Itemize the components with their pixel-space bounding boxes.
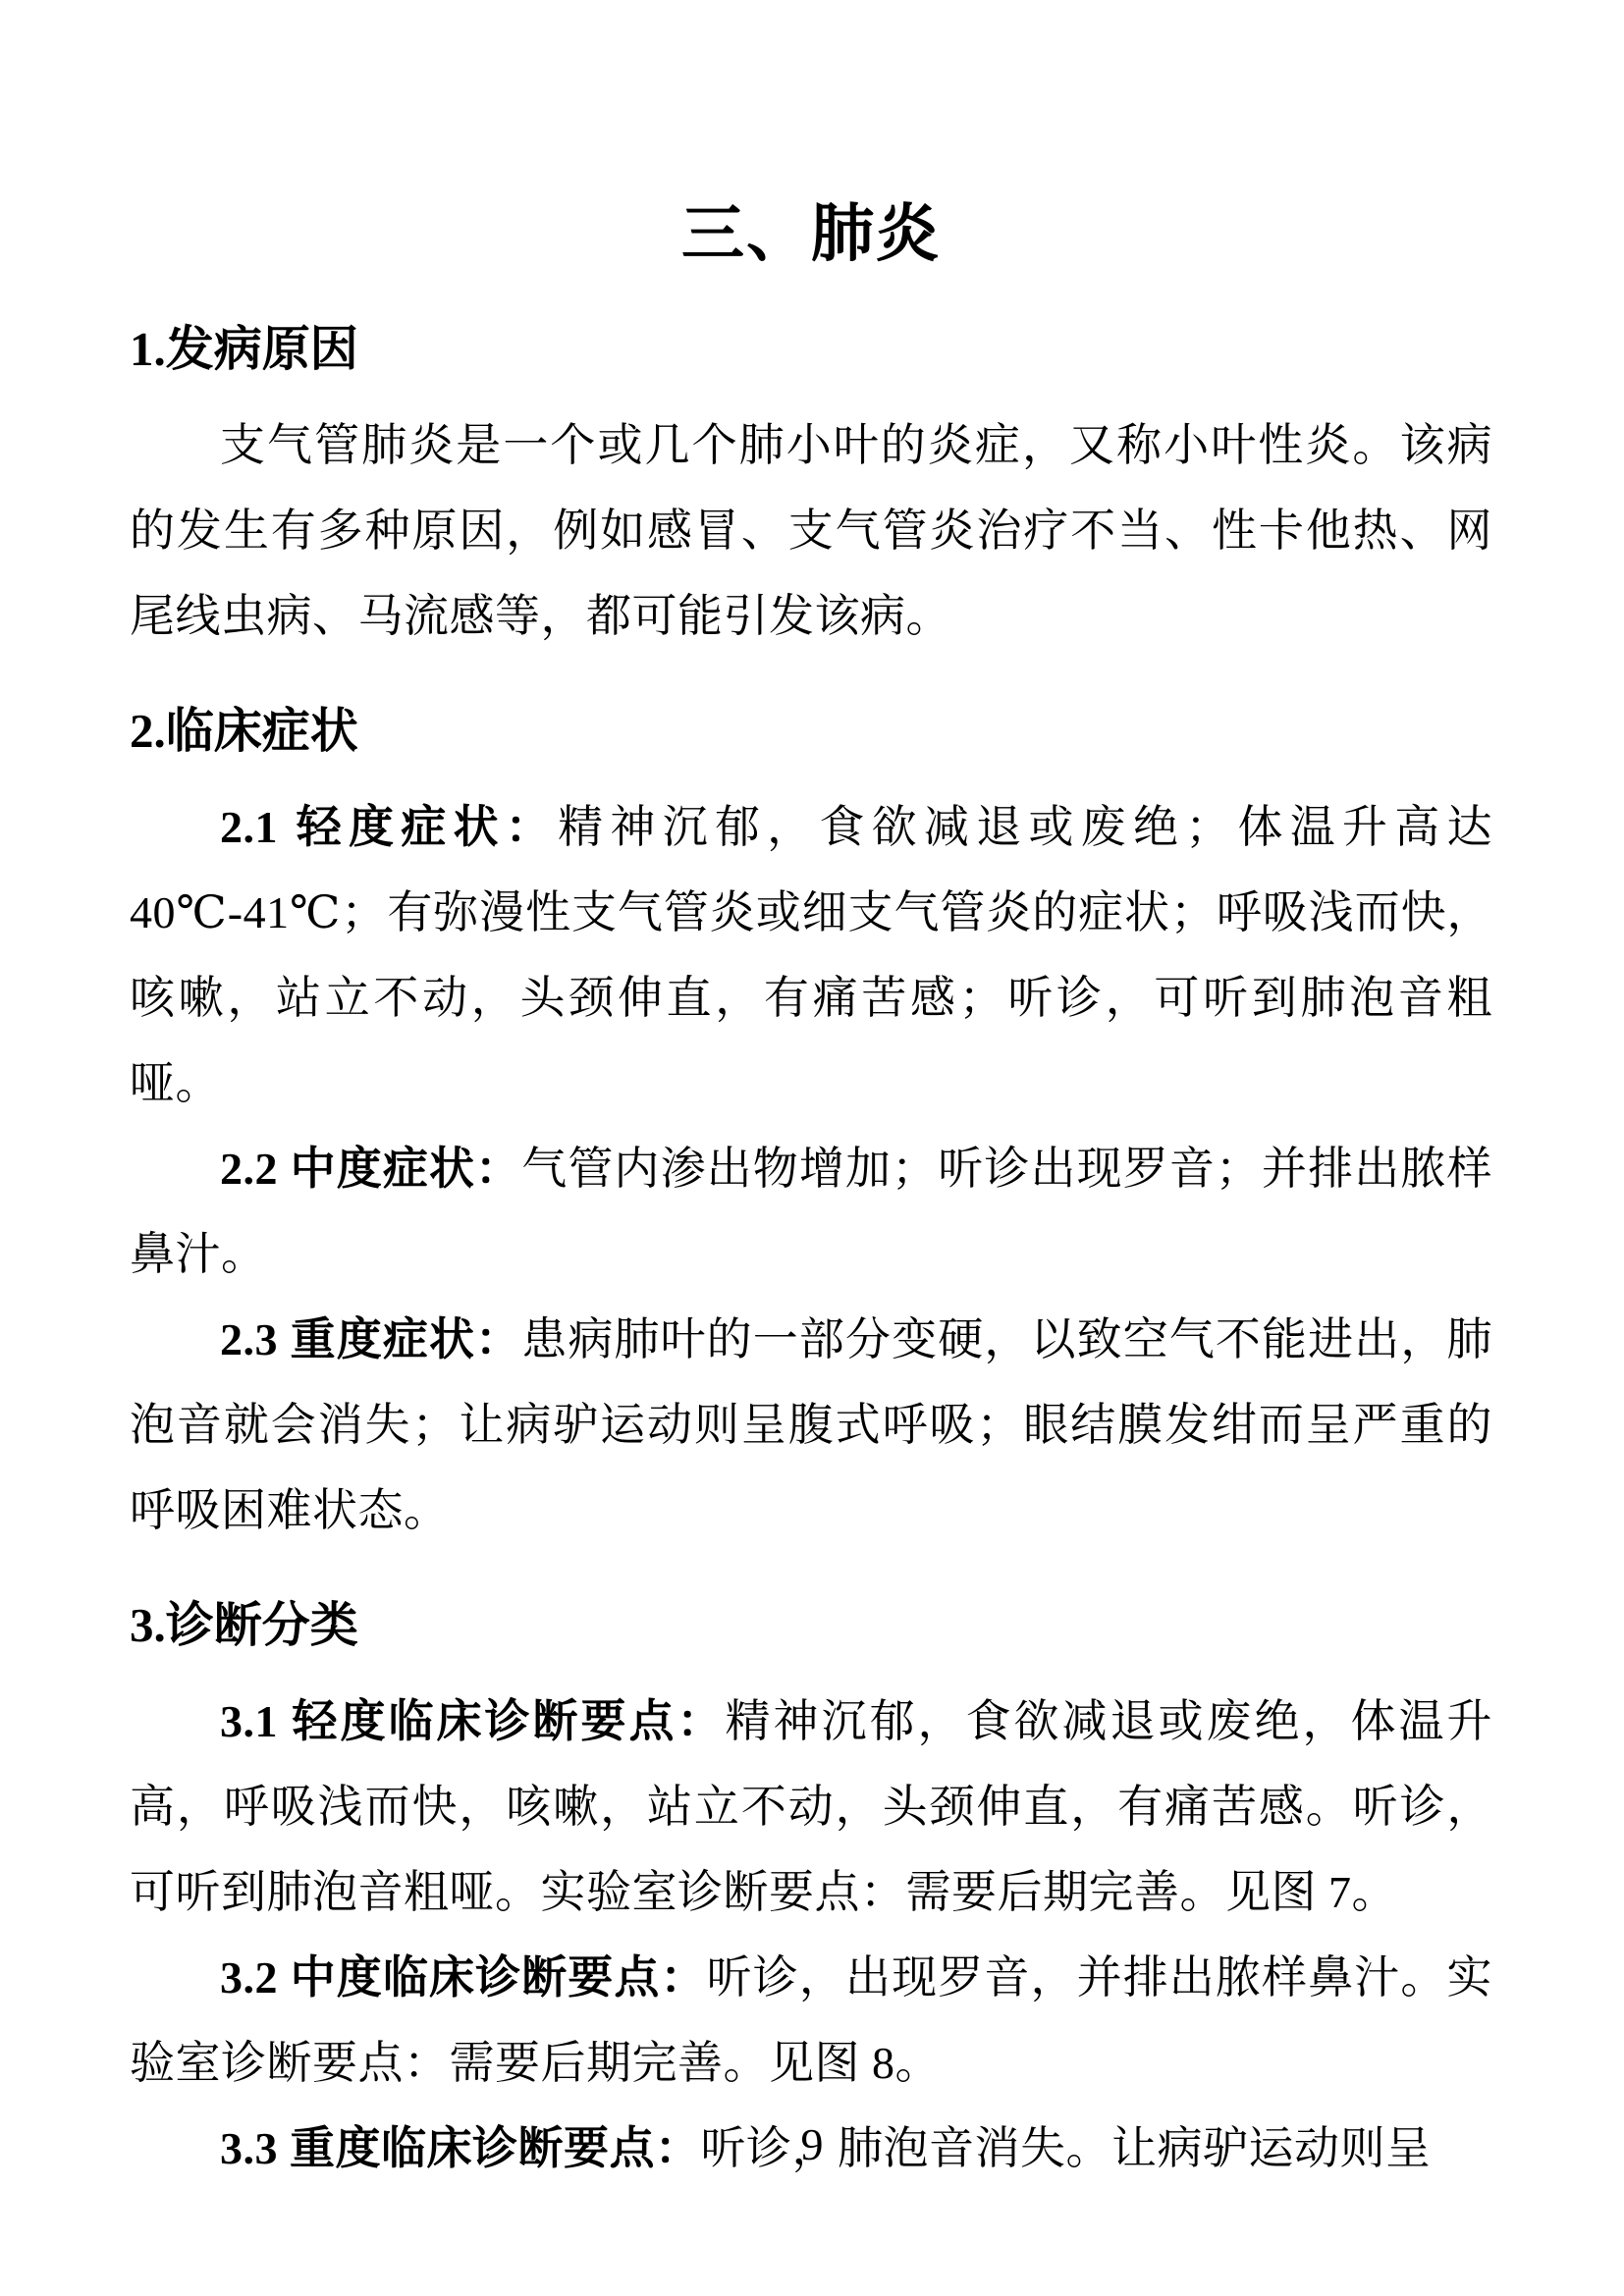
paragraph-lead: 3.1 轻度临床诊断要点： (220, 1696, 726, 1746)
section-3-heading: 3.诊断分类 (130, 1596, 1492, 1655)
paragraph: 3.2 中度临床诊断要点：听诊，出现罗音，并排出脓样鼻汁。实验室诊断要点：需要后… (130, 1935, 1492, 2106)
section-2-paragraphs: 2.1 轻度症状：精神沉郁，食欲减退或废绝；体温升高达 40℃-41℃；有弥漫性… (130, 784, 1492, 1553)
paragraph: 支气管肺炎是一个或几个肺小叶的炎症，又称小叶性炎。该病的发生有多种原因，例如感冒… (130, 402, 1492, 659)
paragraph-text: 支气管肺炎是一个或几个肺小叶的炎症，又称小叶性炎。该病的发生有多种原因，例如感冒… (130, 420, 1492, 641)
document-title: 三、肺炎 (130, 0, 1492, 277)
paragraph-lead: 3.2 中度临床诊断要点： (220, 1952, 707, 2002)
section-3-paragraphs: 3.1 轻度临床诊断要点：精神沉郁，食欲减退或废绝，体温升高，呼吸浅而快，咳嗽，… (130, 1679, 1492, 2191)
paragraph: 3.1 轻度临床诊断要点：精神沉郁，食欲减退或废绝，体温升高，呼吸浅而快，咳嗽，… (130, 1679, 1492, 1935)
paragraph: 2.3 重度症状：患病肺叶的一部分变硬，以致空气不能进出，肺泡音就会消失；让病驴… (130, 1297, 1492, 1553)
section-disease-cause: 1.发病原因 支气管肺炎是一个或几个肺小叶的炎症，又称小叶性炎。该病的发生有多种… (130, 320, 1492, 659)
section-2-heading: 2.临床症状 (130, 702, 1492, 761)
page-content: 三、肺炎 1.发病原因 支气管肺炎是一个或几个肺小叶的炎症，又称小叶性炎。该病的… (0, 0, 1624, 2191)
section-1-paragraphs: 支气管肺炎是一个或几个肺小叶的炎症，又称小叶性炎。该病的发生有多种原因，例如感冒… (130, 402, 1492, 659)
paragraph-lead: 2.3 重度症状： (220, 1314, 521, 1364)
section-diagnosis-classification: 3.诊断分类 3.1 轻度临床诊断要点：精神沉郁，食欲减退或废绝，体温升高，呼吸… (130, 1596, 1492, 2191)
paragraph: 2.2 中度症状：气管内渗出物增加；听诊出现罗音；并排出脓样鼻汁。 (130, 1126, 1492, 1297)
paragraph-lead: 2.2 中度症状： (220, 1144, 521, 1194)
page-number: 9 (0, 2120, 1624, 2169)
paragraph-lead: 2.1 轻度症状： (220, 802, 558, 852)
section-clinical-symptoms: 2.临床症状 2.1 轻度症状：精神沉郁，食欲减退或废绝；体温升高达 40℃-4… (130, 702, 1492, 1553)
document-page: 三、肺炎 1.发病原因 支气管肺炎是一个或几个肺小叶的炎症，又称小叶性炎。该病的… (0, 0, 1624, 2296)
paragraph: 2.1 轻度症状：精神沉郁，食欲减退或废绝；体温升高达 40℃-41℃；有弥漫性… (130, 784, 1492, 1126)
section-1-heading: 1.发病原因 (130, 320, 1492, 379)
